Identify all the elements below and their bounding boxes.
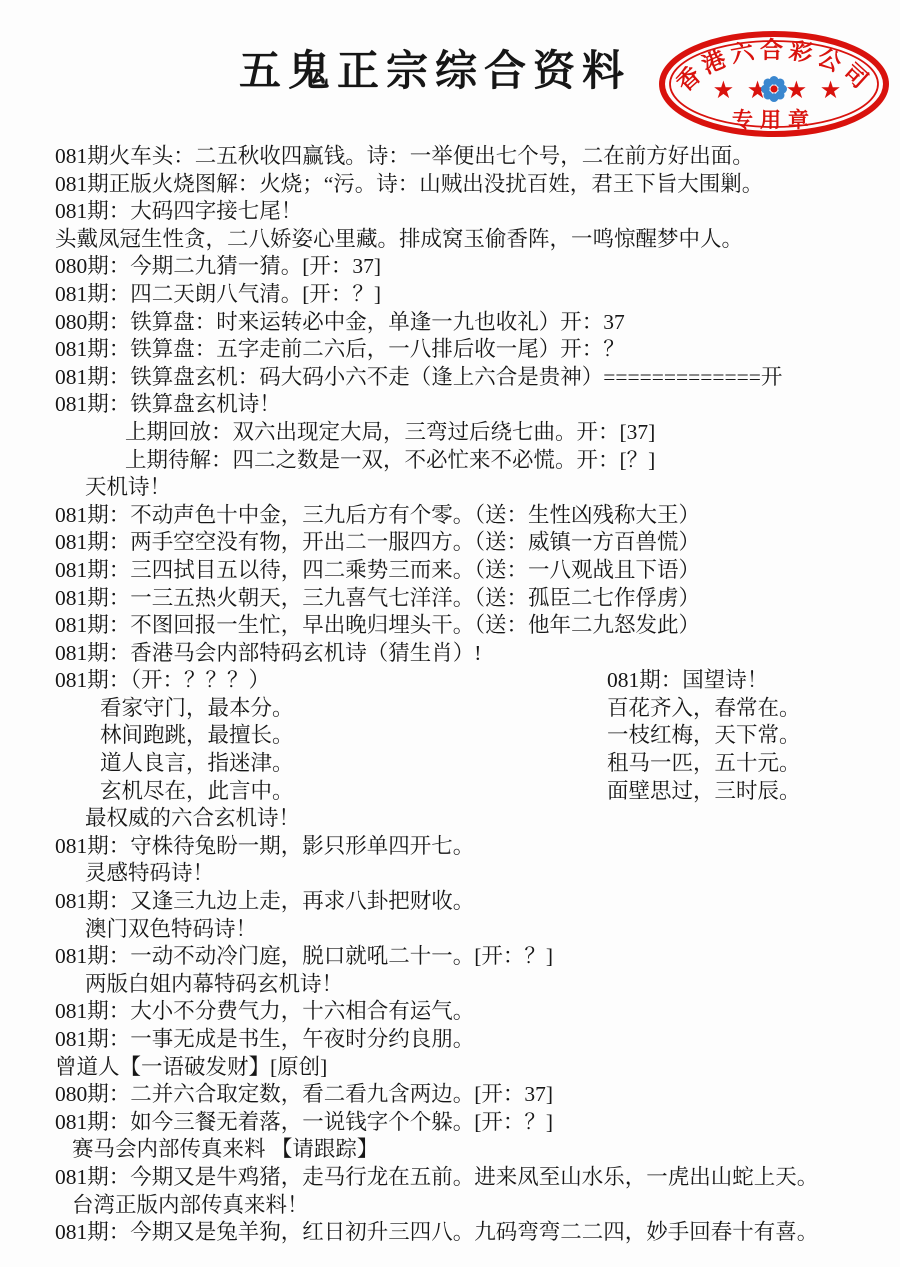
text-line: 租马一匹，五十元。 (607, 750, 890, 778)
text-line: 澳门双色特码诗！ (55, 916, 890, 944)
poem-column-right: 081期：国望诗！ 百花齐入，春常在。 一枝红梅，天下常。 租马一匹，五十元。 … (607, 667, 890, 805)
text-section-top: 081期火车头：二五秋收四赢钱。诗：一举便出七个号，二在前方好出面。081期正版… (55, 143, 890, 667)
text-line: 面壁思过，三时辰。 (607, 778, 890, 806)
text-line: 台湾正版内部传真来料！ (55, 1192, 890, 1220)
text-line: 081期：一事无成是书生，午夜时分约良朋。 (55, 1026, 890, 1054)
stamp-bottom-text: 专用章 (732, 108, 816, 132)
text-line: 080期：今期二九猜一猜。[开：37] (55, 253, 890, 281)
text-line: 赛马会内部传真来料 【请跟踪】 (55, 1136, 890, 1164)
text-line: 081期：大小不分费气力，十六相合有运气。 (55, 998, 890, 1026)
text-line: 081期：两手空空没有物，开出二一服四方。（送：威镇一方百兽慌） (55, 529, 890, 557)
text-line: 081期：一动不动冷门庭，脱口就吼二十一。[开：？] (55, 943, 890, 971)
text-line: 081期：国望诗！ (607, 667, 890, 695)
body-text: 081期火车头：二五秋收四赢钱。诗：一举便出七个号，二在前方好出面。081期正版… (0, 143, 900, 1247)
text-line: 081期：如今三餐无着落，一说钱字个个躲。[开：？] (55, 1109, 890, 1137)
text-line: 081期：香港马会内部特码玄机诗（猜生肖）! (55, 640, 890, 668)
text-line: 081期：今期又是牛鸡猪，走马行龙在五前。进来凤至山水乐，一虎出山蛇上天。 (55, 1164, 890, 1192)
text-line: 玄机尽在，此言中。 (55, 778, 607, 806)
text-line: 081期：（开：？？？） (55, 667, 607, 695)
header: 五鬼正宗综合资料 香港六合彩公司 ★ ★ ★ ★ 专用章 (0, 0, 900, 143)
text-line: 081期：一三五热火朝天，三九喜气七洋洋。（送：孤臣二七作俘虏） (55, 585, 890, 613)
company-stamp: 香港六合彩公司 ★ ★ ★ ★ 专用章 (654, 28, 894, 140)
text-line: 灵感特码诗！ (55, 860, 890, 888)
text-line: 上期回放：双六出现定大局，三弯过后绕七曲。开：[37] (55, 419, 890, 447)
text-line: 081期：铁算盘玄机诗！ (55, 391, 890, 419)
text-line: 080期：铁算盘：时来运转必中金，单逢一九也收礼）开：37 (55, 309, 890, 337)
text-line: 081期：四二天朗八气清。[开：？] (55, 281, 890, 309)
text-line: 林间跑跳，最擅长。 (55, 722, 607, 750)
text-line: 天机诗！ (55, 474, 890, 502)
stamp-flower-icon (761, 76, 787, 102)
text-line: 头戴凤冠生性贪，二八娇姿心里藏。排成窝玉偷香阵，一鸣惊醒梦中人。 (55, 226, 890, 254)
text-line: 081期：守株待兔盼一期，影只形单四开七。 (55, 833, 890, 861)
stamp-stars-right-icon: ★ ★ (787, 78, 845, 102)
text-line: 081期火车头：二五秋收四赢钱。诗：一举便出七个号，二在前方好出面。 (55, 143, 890, 171)
text-line: 曾道人【一语破发财】[原创] (55, 1054, 890, 1082)
text-line: 081期：大码四字接七尾！ (55, 198, 890, 226)
text-line: 道人良言，指迷津。 (55, 750, 607, 778)
text-line: 080期：二并六合取定数，看二看九含两边。[开：37] (55, 1081, 890, 1109)
poem-columns: 081期：（开：？？？） 看家守门，最本分。 林间跑跳，最擅长。 道人良言，指迷… (55, 667, 890, 805)
text-line: 最权威的六合玄机诗！ (55, 805, 890, 833)
text-line: 081期：铁算盘：五字走前二六后，一八排后收一尾）开：？ (55, 336, 890, 364)
text-line: 一枝红梅，天下常。 (607, 722, 890, 750)
text-line: 081期：铁算盘玄机：码大码小六不走（逢上六合是贵神）=============… (55, 364, 890, 392)
text-line: 看家守门，最本分。 (55, 695, 607, 723)
text-section-bottom: 最权威的六合玄机诗！081期：守株待兔盼一期，影只形单四开七。灵感特码诗！081… (55, 805, 890, 1247)
lottery-info-sheet: 五鬼正宗综合资料 香港六合彩公司 ★ ★ ★ ★ 专用章 081期火车头：二五秋… (0, 0, 900, 1267)
text-line: 081期：不图回报一生忙，早出晚归埋头干。（送：他年二九怒发此） (55, 612, 890, 640)
flower-petal (776, 79, 785, 88)
text-line: 上期待解：四二之数是一双，不必忙来不必慌。开：[？] (55, 447, 890, 475)
text-line: 百花齐入，春常在。 (607, 695, 890, 723)
poem-column-left: 081期：（开：？？？） 看家守门，最本分。 林间跑跳，最擅长。 道人良言，指迷… (55, 667, 607, 805)
text-line: 两版白姐内幕特码玄机诗！ (55, 971, 890, 999)
text-line: 081期：今期又是兔羊狗，红日初升三四八。九码弯弯二二四，妙手回春十有喜。 (55, 1219, 890, 1247)
text-line: 081期：不动声色十中金，三九后方有个零。（送：生性凶残称大王） (55, 502, 890, 530)
text-line: 081期正版火烧图解：火烧；“污。诗：山贼出没扰百姓，君王下旨大围剿。 (55, 171, 890, 199)
text-line: 081期：三四拭目五以待，四二乘势三而来。（送：一八观战且下语） (55, 557, 890, 585)
text-line: 081期：又逢三九边上走，再求八卦把财收。 (55, 888, 890, 916)
